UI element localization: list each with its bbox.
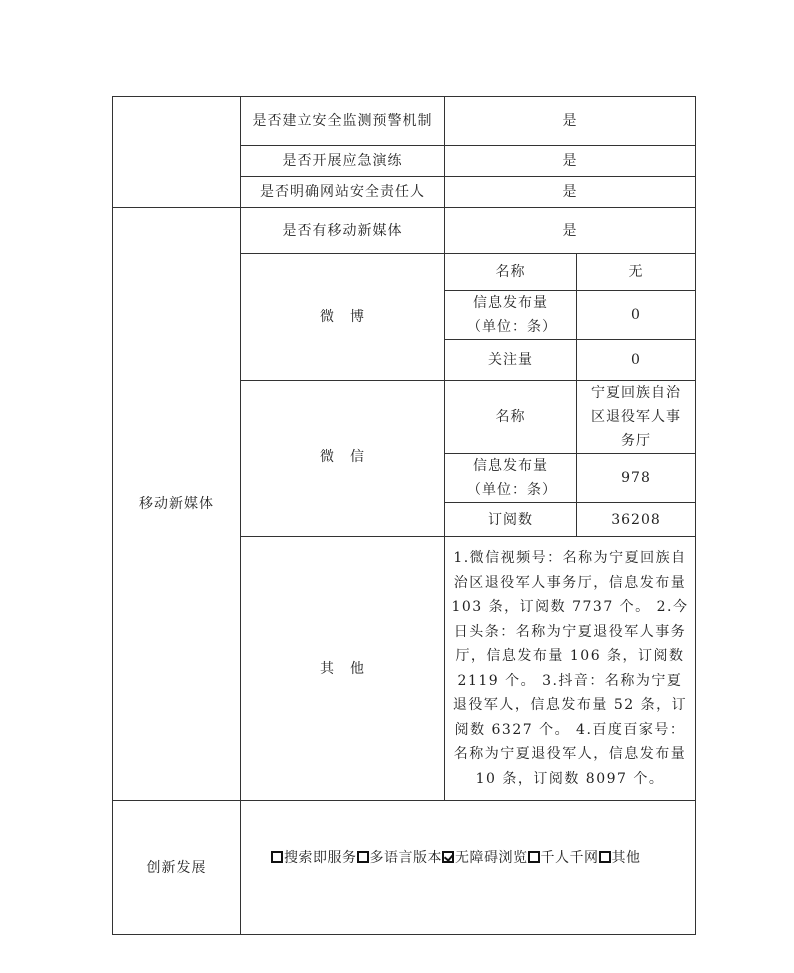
wechat-name-label-cell: 名称 [444, 380, 577, 454]
mobile-media-section-label: 移动新媒体 [112, 207, 241, 801]
checkbox-unchecked-icon[interactable] [357, 851, 369, 863]
wechat-posts-value-cell: 978 [576, 453, 696, 503]
wechat-subscribers-value-cell: 36208 [576, 502, 696, 537]
checkbox-unchecked-icon[interactable] [599, 851, 611, 863]
emergency-drill-value: 是 [563, 149, 578, 173]
weibo-name-label-cell: 名称 [444, 253, 577, 291]
weibo-followers-value: 0 [631, 348, 641, 372]
report-table: 是否建立安全监测预警机制 是 是否开展应急演练 是 是否明确网站安全责任人 是 … [112, 96, 696, 935]
security-row-value: 是 [444, 176, 696, 208]
checkbox-unchecked-icon[interactable] [528, 851, 540, 863]
security-row-label: 是否建立安全监测预警机制 [240, 96, 445, 146]
security-row-label: 是否开展应急演练 [240, 145, 445, 177]
security-row-value: 是 [444, 96, 696, 146]
weibo-name-label: 名称 [496, 260, 526, 284]
security-section-label-cell [112, 96, 241, 208]
weibo-posts-label-cell: 信息发布量（单位：条） [444, 290, 577, 340]
wechat-posts-label-cell: 信息发布量（单位：条） [444, 453, 577, 503]
checkbox-unchecked-icon[interactable] [271, 851, 283, 863]
weibo-label: 微 博 [320, 305, 365, 329]
mobile-media-label-text: 移动新媒体 [139, 492, 214, 516]
wechat-name-value-cell: 宁夏回族自治区退役军人事务厅 [576, 380, 696, 454]
other-media-description: 1.微信视频号：名称为宁夏回族自治区退役军人事务厅，信息发布量 103 条，订阅… [451, 546, 689, 791]
other-label-cell: 其 他 [240, 536, 445, 801]
weibo-posts-value-cell: 0 [576, 290, 696, 340]
weibo-name-value-cell: 无 [576, 253, 696, 291]
wechat-subscribers-label: 订阅数 [488, 508, 533, 532]
wechat-posts-value: 978 [621, 466, 651, 490]
monitoring-warning-value: 是 [563, 109, 578, 133]
wechat-label-cell: 微 信 [240, 380, 445, 537]
security-row-value: 是 [444, 145, 696, 177]
monitoring-warning-label: 是否建立安全监测预警机制 [253, 109, 433, 133]
security-row-label: 是否明确网站安全责任人 [240, 176, 445, 208]
wechat-posts-label: 信息发布量（单位：条） [467, 454, 554, 502]
innovation-option-other[interactable]: 其他 [599, 846, 641, 870]
innovation-label-text: 创新发展 [147, 856, 207, 880]
has-media-label-cell: 是否有移动新媒体 [240, 207, 445, 254]
weibo-followers-label-cell: 关注量 [444, 339, 577, 381]
wechat-label: 微 信 [320, 445, 365, 469]
innovation-option-multilingual[interactable]: 多语言版本 [357, 846, 443, 870]
innovation-option-personalized[interactable]: 千人千网 [528, 846, 599, 870]
has-media-value-cell: 是 [444, 207, 696, 254]
weibo-followers-value-cell: 0 [576, 339, 696, 381]
security-officer-label: 是否明确网站安全责任人 [260, 180, 425, 204]
other-value-cell: 1.微信视频号：名称为宁夏回族自治区退役军人事务厅，信息发布量 103 条，订阅… [444, 536, 696, 801]
weibo-label-cell: 微 博 [240, 253, 445, 381]
other-label: 其 他 [320, 657, 365, 681]
wechat-name-label: 名称 [496, 405, 526, 429]
wechat-name-value: 宁夏回族自治区退役军人事务厅 [587, 381, 685, 453]
innovation-section-label: 创新发展 [112, 800, 241, 935]
checkbox-checked-icon[interactable] [442, 851, 454, 863]
innovation-option-accessibility[interactable]: 无障碍浏览 [442, 846, 528, 870]
wechat-subscribers-value: 36208 [611, 508, 661, 532]
has-media-value: 是 [563, 219, 578, 243]
weibo-posts-value: 0 [631, 303, 641, 327]
wechat-subscribers-label-cell: 订阅数 [444, 502, 577, 537]
weibo-followers-label: 关注量 [488, 348, 533, 372]
security-officer-value: 是 [563, 180, 578, 204]
innovation-options-cell: 搜索即服务 多语言版本 无障碍浏览 千人千网 其他 [240, 800, 696, 935]
emergency-drill-label: 是否开展应急演练 [283, 149, 403, 173]
has-media-label: 是否有移动新媒体 [283, 219, 403, 243]
weibo-posts-label: 信息发布量（单位：条） [467, 291, 554, 339]
weibo-name-value: 无 [629, 260, 644, 284]
innovation-option-search-as-service[interactable]: 搜索即服务 [271, 846, 357, 870]
